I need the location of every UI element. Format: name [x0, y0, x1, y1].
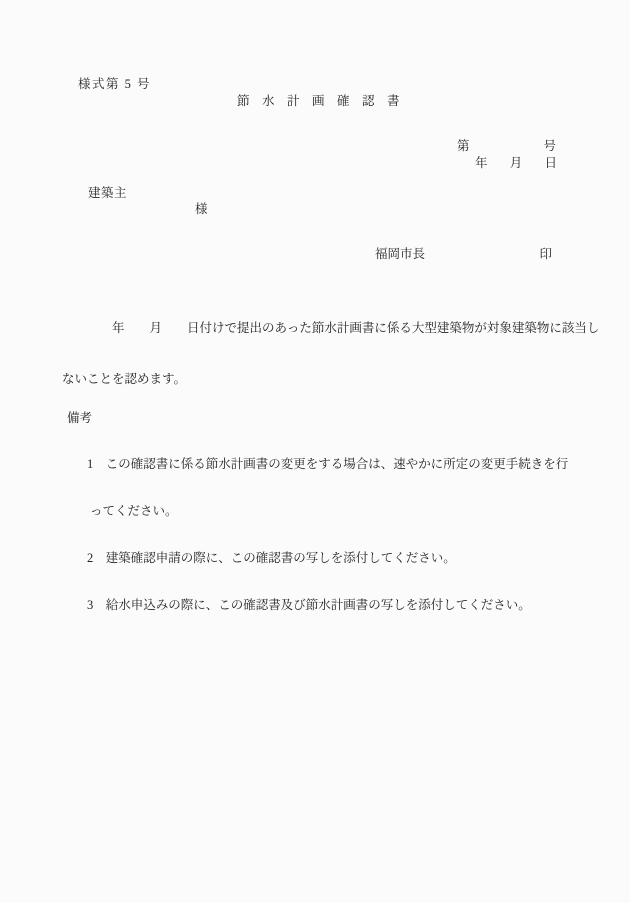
- issuer-line: 福岡市長 印: [375, 246, 552, 262]
- seal-placeholder: 印: [539, 246, 552, 262]
- document-number-prefix: 第: [457, 138, 470, 154]
- document-number-suffix: 号: [543, 138, 556, 154]
- addressee-label: 建築主: [88, 185, 127, 201]
- date-month-label: 月: [510, 155, 523, 171]
- issuer-name: 福岡市長: [375, 246, 425, 262]
- remarks-list: 1 この確認書に係る節水計画書の変更をする場合は、速やかに所定の変更手続きを行 …: [87, 426, 577, 644]
- form-number: 様式第 5 号: [78, 76, 151, 92]
- body-line-2: ないことを認めます。: [62, 371, 574, 388]
- date-day-label: 日: [544, 155, 557, 171]
- date-year-label: 年: [475, 155, 488, 171]
- document-page: 様式第 5 号 節水計画確認書 第 号 年 月 日 建築主 様 福岡市長 印 年…: [0, 0, 630, 903]
- remark-item-3: 3 給水申込みの際に、この確認書及び節水計画書の写しを添付してください。: [87, 598, 577, 614]
- body-paragraph: 年 月 日付けで提出のあった節水計画書に係る大型建築物が対象建築物に該当し ない…: [62, 285, 574, 423]
- remark-item-1-continuation: ってください。: [87, 504, 577, 520]
- body-line-1: 年 月 日付けで提出のあった節水計画書に係る大型建築物が対象建築物に該当し: [62, 320, 574, 337]
- document-title: 節水計画確認書: [237, 93, 412, 109]
- remark-item-1: 1 この確認書に係る節水計画書の変更をする場合は、速やかに所定の変更手続きを行: [87, 457, 577, 473]
- remarks-label: 備考: [67, 410, 92, 426]
- date-line: 年 月 日: [475, 155, 557, 171]
- addressee-honorific: 様: [195, 201, 208, 217]
- remark-item-2: 2 建築確認申請の際に、この確認書の写しを添付してください。: [87, 551, 577, 567]
- document-number-line: 第 号: [457, 138, 556, 154]
